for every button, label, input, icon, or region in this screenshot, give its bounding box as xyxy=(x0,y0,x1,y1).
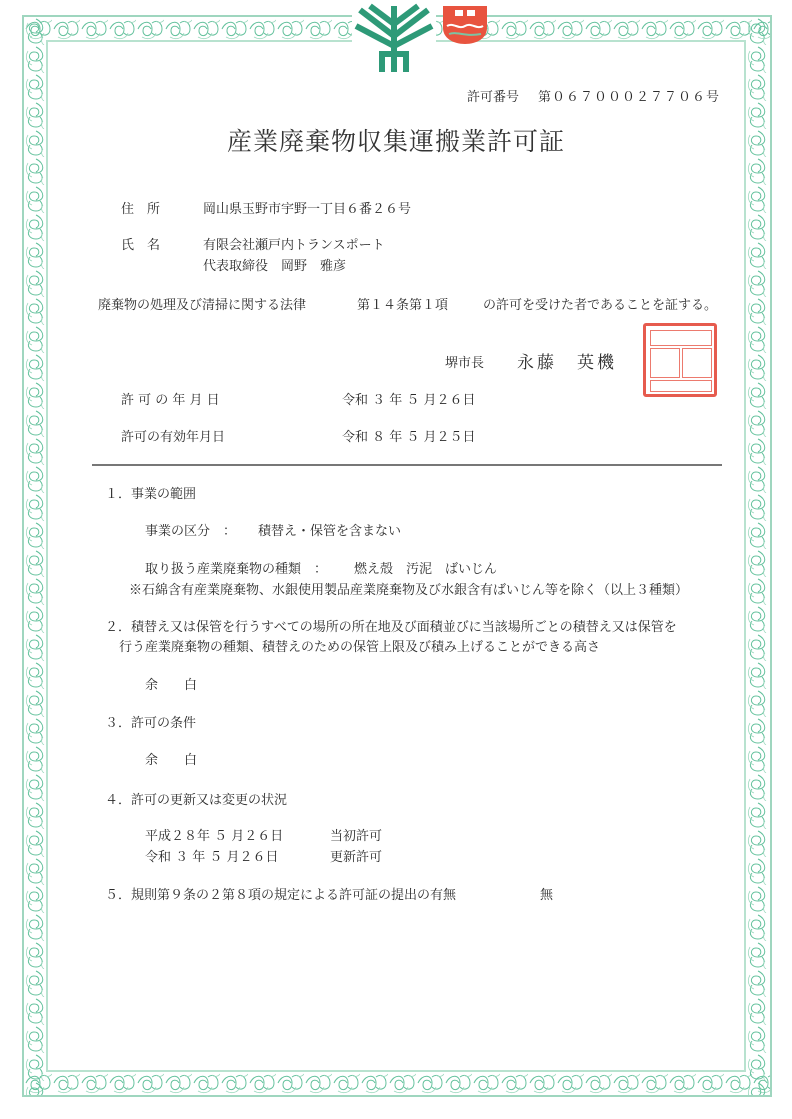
issuer-title: 堺市長 xyxy=(445,356,484,372)
waste-types-value: 燃え殻 汚泥 ばいじん xyxy=(354,562,497,578)
representative-name: 代表取締役 岡野 雅彦 xyxy=(203,259,346,275)
city-emblem-icon xyxy=(352,2,436,72)
permit-date-label: 許 可 の 年 月 日 xyxy=(121,393,220,409)
issuer-name: 永藤 英機 xyxy=(517,353,617,373)
waste-types-label: 取り扱う産業廃棄物の種類 ： xyxy=(145,562,327,578)
history-status: 当初許可 xyxy=(330,829,382,845)
section-5-heading: ５．規則第９条の２第８項の規定による許可証の提出の有無 xyxy=(105,888,456,904)
section-divider xyxy=(92,464,722,466)
history-date: 令和 ３ 年 ５ 月２６日 xyxy=(145,850,279,866)
history-date: 平成２８年 ５ 月２６日 xyxy=(145,829,283,845)
company-name: 有限会社瀬戸内トランスポート xyxy=(203,238,385,254)
permit-date-value: 令和 ３ 年 ５ 月２６日 xyxy=(342,393,476,409)
law-name: 廃棄物の処理及び清掃に関する法律 xyxy=(98,298,306,314)
history-status: 更新許可 xyxy=(330,850,382,866)
address-label: 住 所 xyxy=(121,202,160,218)
law-article: 第１４条第１項 xyxy=(357,298,448,314)
section-3-value: 余 白 xyxy=(145,753,197,769)
section-3-heading: ３．許可の条件 xyxy=(105,716,196,732)
business-category-value: 積替え・保管を含まない xyxy=(258,524,401,540)
name-label: 氏 名 xyxy=(121,238,160,254)
certification-statement: の許可を受けた者であることを証する。 xyxy=(483,298,717,314)
official-seal-icon xyxy=(643,323,717,397)
section-1-heading: １．事業の範囲 xyxy=(105,487,196,503)
section-5-value: 無 xyxy=(540,888,553,904)
expiry-date-value: 令和 ８ 年 ５ 月２５日 xyxy=(342,430,476,446)
crest-emblem-icon xyxy=(441,4,489,46)
waste-exclusion-note: ※石綿含有産業廃棄物、水銀使用製品産業廃棄物及び水銀含有ばいじん等を除く（以上３… xyxy=(129,583,688,599)
permit-number-value: 第０６７０００２７７０６号 xyxy=(538,90,720,106)
business-category-label: 事業の区分 ： xyxy=(145,524,236,540)
document-title: 産業廃棄物収集運搬業許可証 xyxy=(227,127,565,157)
section-2-value: 余 白 xyxy=(145,678,197,694)
section-2-heading-line1: ２．積替え又は保管を行うすべての場所の所在地及び面積並びに当該場所ごとの積替え又… xyxy=(105,620,677,636)
address-value: 岡山県玉野市宇野一丁目６番２６号 xyxy=(203,202,411,218)
expiry-date-label: 許可の有効年月日 xyxy=(121,430,225,446)
permit-number-label: 許可番号 xyxy=(467,90,519,106)
section-2-heading-line2: 行う産業廃棄物の種類、積替えのための保管上限及び積み上げることができる高さ xyxy=(119,640,600,656)
section-4-heading: ４．許可の更新又は変更の状況 xyxy=(105,793,287,809)
border-inner-line xyxy=(46,40,746,1072)
